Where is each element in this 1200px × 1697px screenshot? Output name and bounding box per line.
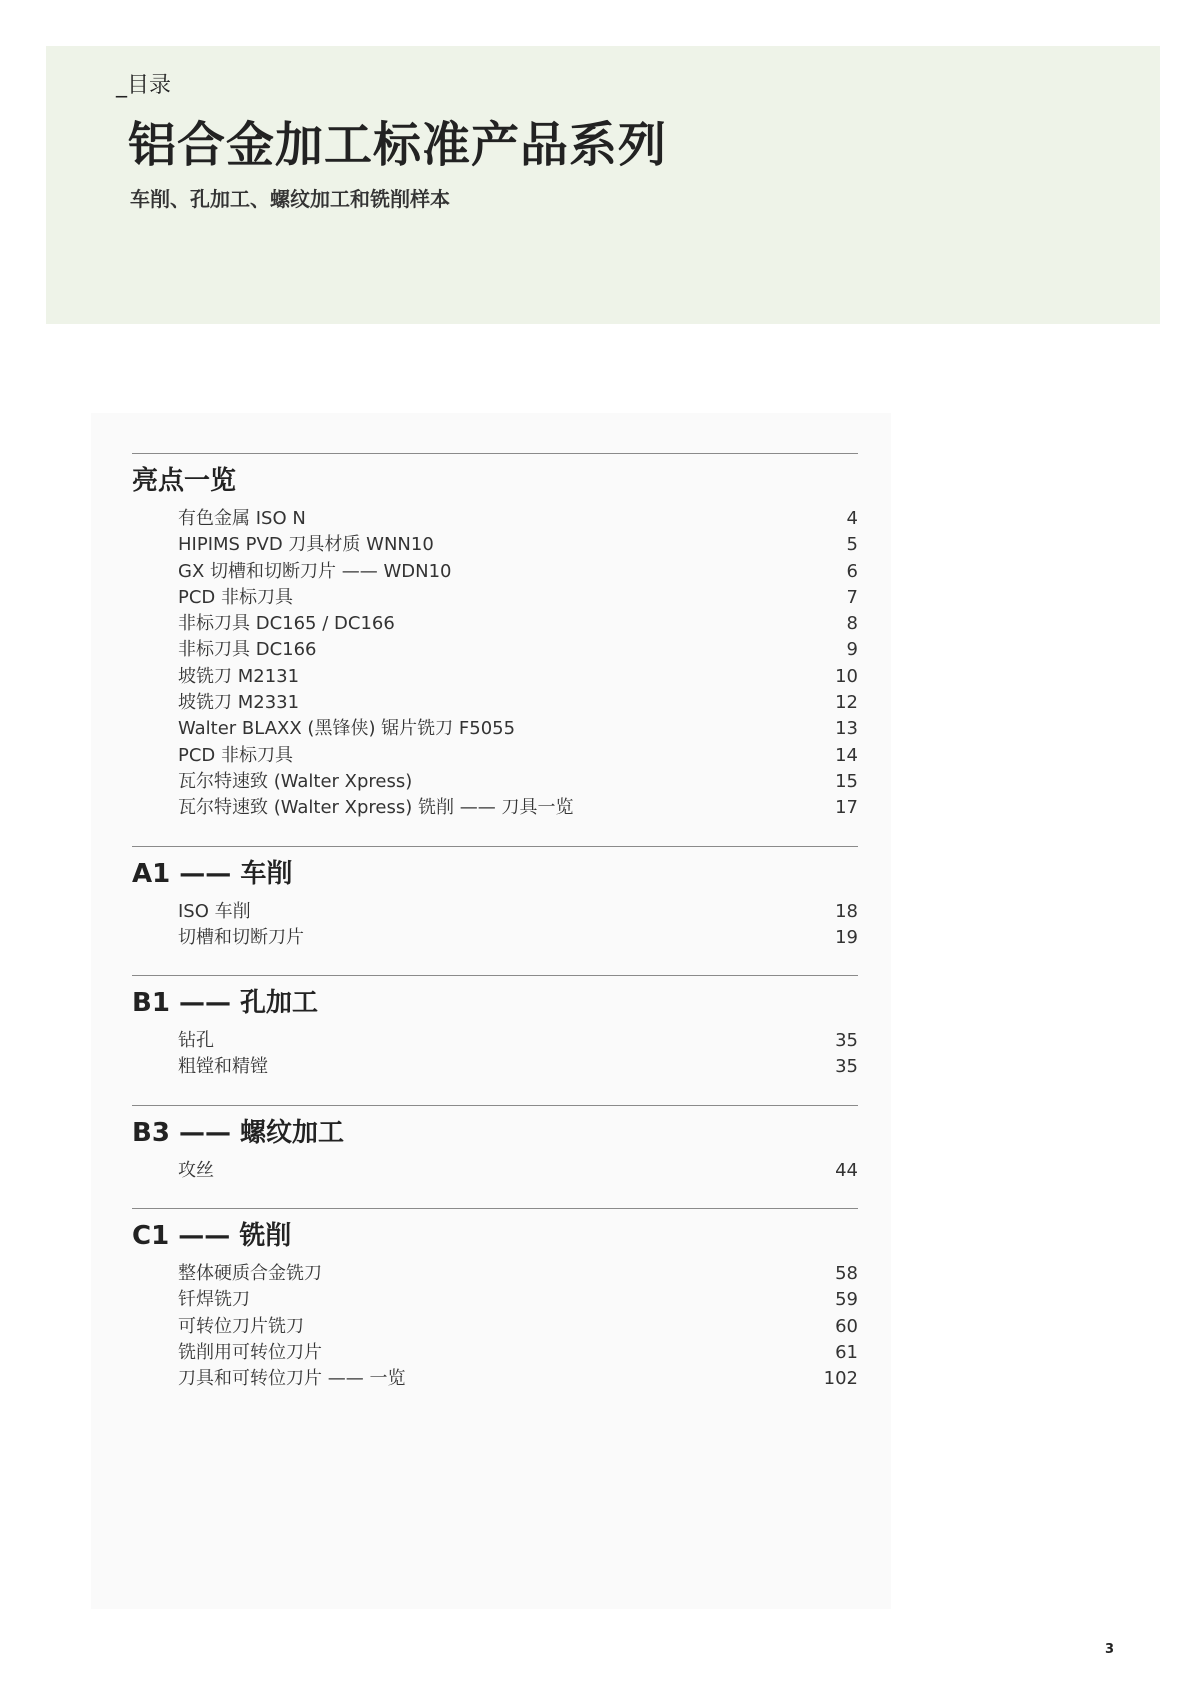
toc-entry-page: 13: [835, 716, 858, 742]
toc-entry[interactable]: 切槽和切断刀片19: [132, 925, 858, 951]
toc-entry-page: 8: [847, 611, 858, 637]
toc-entry-page: 10: [835, 664, 858, 690]
toc-entry-page: 12: [835, 690, 858, 716]
toc-entry-label: GX 切槽和切断刀片 —— WDN10: [178, 559, 451, 585]
toc-entry[interactable]: 可转位刀片铣刀60: [132, 1314, 858, 1340]
toc-section-heading[interactable]: A1 —— 车削: [132, 855, 858, 893]
toc-entry-page: 5: [847, 532, 858, 558]
toc-entry[interactable]: 非标刀具 DC165 / DC1668: [132, 611, 858, 637]
toc-entry[interactable]: 瓦尔特速致 (Walter Xpress)15: [132, 769, 858, 795]
toc-entry[interactable]: 有色金属 ISO N4: [132, 506, 858, 532]
toc-section-heading[interactable]: C1 —— 铣削: [132, 1217, 858, 1255]
toc-entry[interactable]: 整体硬质合金铣刀58: [132, 1261, 858, 1287]
toc-section: C1 —— 铣削整体硬质合金铣刀58钎焊铣刀59可转位刀片铣刀60铣削用可转位刀…: [132, 1208, 858, 1392]
toc-entry-page: 102: [824, 1366, 858, 1392]
toc-entry-label: 有色金属 ISO N: [178, 506, 306, 532]
toc-entry[interactable]: 瓦尔特速致 (Walter Xpress) 铣削 —— 刀具一览17: [132, 795, 858, 821]
toc-section-heading[interactable]: B1 —— 孔加工: [132, 984, 858, 1022]
toc-entry-label: 粗镗和精镗: [178, 1054, 268, 1080]
toc-entry-page: 6: [847, 559, 858, 585]
toc-entry-label: 钎焊铣刀: [178, 1287, 250, 1313]
toc-entry[interactable]: Walter BLAXX (黑锋侠) 锯片铣刀 F505513: [132, 716, 858, 742]
toc-entry[interactable]: 非标刀具 DC1669: [132, 637, 858, 663]
toc-entry[interactable]: 坡铣刀 M233112: [132, 690, 858, 716]
toc-section: A1 —— 车削ISO 车削18切槽和切断刀片19: [132, 846, 858, 952]
toc-entry[interactable]: PCD 非标刀具7: [132, 585, 858, 611]
toc-entry-label: 瓦尔特速致 (Walter Xpress): [178, 769, 412, 795]
contents-kicker: _目录: [116, 68, 171, 99]
toc-entry-label: 钻孔: [178, 1028, 214, 1054]
toc-section-heading[interactable]: B3 —— 螺纹加工: [132, 1114, 858, 1152]
toc-entry-label: 可转位刀片铣刀: [178, 1314, 304, 1340]
toc-entry-page: 35: [835, 1054, 858, 1080]
toc-entry-page: 4: [847, 506, 858, 532]
toc-entry[interactable]: 坡铣刀 M213110: [132, 664, 858, 690]
toc-section: B1 —— 孔加工钻孔35粗镗和精镗35: [132, 975, 858, 1081]
toc-entry-page: 44: [835, 1158, 858, 1184]
toc-entry-label: 刀具和可转位刀片 —— 一览: [178, 1366, 405, 1392]
toc-entry-label: 切槽和切断刀片: [178, 925, 304, 951]
toc-entry-label: 非标刀具 DC165 / DC166: [178, 611, 395, 637]
toc-entry[interactable]: 刀具和可转位刀片 —— 一览102: [132, 1366, 858, 1392]
page-title: 铝合金加工标准产品系列: [128, 106, 667, 175]
toc-entry-label: 坡铣刀 M2331: [178, 690, 299, 716]
toc-entry-label: 坡铣刀 M2131: [178, 664, 299, 690]
toc-entry-page: 7: [847, 585, 858, 611]
toc-entry-page: 60: [835, 1314, 858, 1340]
toc-entry-page: 14: [835, 743, 858, 769]
page-subtitle: 车削、孔加工、螺纹加工和铣削样本: [130, 183, 450, 212]
toc-entry-page: 17: [835, 795, 858, 821]
toc-entry[interactable]: 粗镗和精镗35: [132, 1054, 858, 1080]
toc-entry-page: 9: [847, 637, 858, 663]
toc-entry[interactable]: 攻丝44: [132, 1158, 858, 1184]
toc-section: 亮点一览有色金属 ISO N4HIPIMS PVD 刀具材质 WNN105GX …: [132, 453, 858, 822]
toc-entry-label: 整体硬质合金铣刀: [178, 1261, 322, 1287]
toc-entry-label: Walter BLAXX (黑锋侠) 锯片铣刀 F5055: [178, 716, 515, 742]
toc-entry[interactable]: PCD 非标刀具14: [132, 743, 858, 769]
toc-entry-label: 铣削用可转位刀片: [178, 1340, 322, 1366]
toc-section-heading[interactable]: 亮点一览: [132, 462, 858, 500]
toc-entry-label: 攻丝: [178, 1158, 214, 1184]
toc-entry-page: 15: [835, 769, 858, 795]
toc-section: B3 —— 螺纹加工攻丝44: [132, 1105, 858, 1184]
toc-entry-page: 58: [835, 1261, 858, 1287]
toc-entry-label: PCD 非标刀具: [178, 743, 293, 769]
toc-entry-page: 61: [835, 1340, 858, 1366]
toc-entry-page: 35: [835, 1028, 858, 1054]
toc-entry[interactable]: GX 切槽和切断刀片 —— WDN106: [132, 559, 858, 585]
toc-entry-label: HIPIMS PVD 刀具材质 WNN10: [178, 532, 434, 558]
toc-entry-page: 19: [835, 925, 858, 951]
toc-entry[interactable]: HIPIMS PVD 刀具材质 WNN105: [132, 532, 858, 558]
table-of-contents: 亮点一览有色金属 ISO N4HIPIMS PVD 刀具材质 WNN105GX …: [132, 453, 858, 1417]
toc-entry-label: 非标刀具 DC166: [178, 637, 317, 663]
toc-entry[interactable]: 钻孔35: [132, 1028, 858, 1054]
page-number: 3: [1105, 1642, 1114, 1657]
toc-entry-label: PCD 非标刀具: [178, 585, 293, 611]
toc-entry[interactable]: ISO 车削18: [132, 899, 858, 925]
toc-entry-label: ISO 车削: [178, 899, 251, 925]
toc-entry-page: 59: [835, 1287, 858, 1313]
toc-entry[interactable]: 钎焊铣刀59: [132, 1287, 858, 1313]
toc-entry-label: 瓦尔特速致 (Walter Xpress) 铣削 —— 刀具一览: [178, 795, 573, 821]
toc-entry-page: 18: [835, 899, 858, 925]
toc-entry[interactable]: 铣削用可转位刀片61: [132, 1340, 858, 1366]
